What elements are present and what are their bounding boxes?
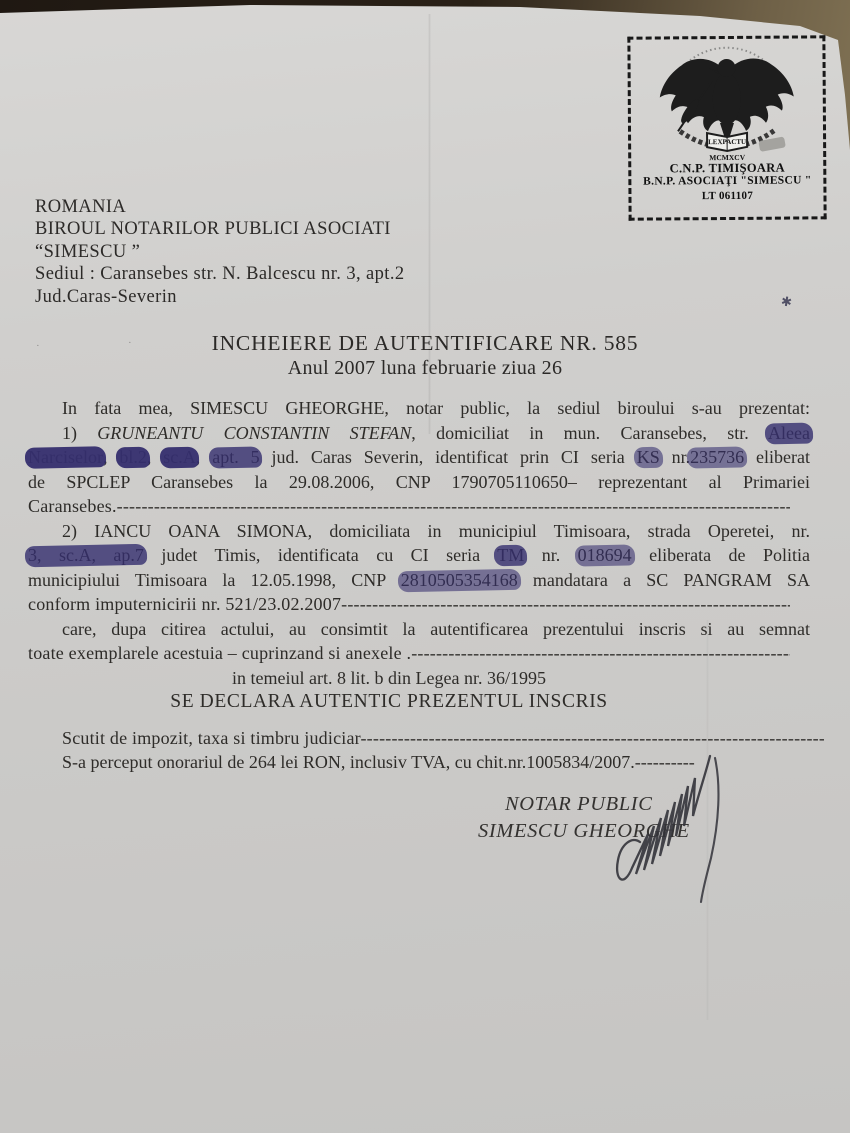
party1-number: 1) <box>62 423 97 443</box>
body-text: , domiciliat in mun. Caransebes, str. <box>411 423 768 443</box>
letterhead-county: Jud.Caras-Severin <box>35 286 405 308</box>
declaration-line: SE DECLARA AUTENTIC PREZENTUL INSCRIS <box>28 690 810 715</box>
body-line: 1) GRUNEANTU CONSTANTIN STEFAN, domicili… <box>28 421 810 446</box>
redacted-id-number2: 018694 <box>578 545 632 565</box>
legal-basis-line: in temeiul art. 8 lit. b din Legea nr. 3… <box>28 666 810 691</box>
redacted-entrance: sc.A <box>163 447 196 467</box>
redacted-street: Aleea <box>768 423 810 443</box>
body-line: care, dupa citirea actului, au consimtit… <box>28 617 810 642</box>
redacted-apartment: apt. 5 <box>212 447 259 467</box>
body-line: municipiului Timisoara la 12.05.1998, CN… <box>28 568 810 593</box>
redacted-block: bl.2 <box>119 447 147 467</box>
body-line: In fata mea, SIMESCU GHEORGHE, notar pub… <box>28 396 810 421</box>
body-line: 3, sc.A, ap.7 judet Timis, identificata … <box>28 543 810 568</box>
stamp-code-line: LT 061107 <box>631 189 823 203</box>
document-date-line: Anul 2007 luna februarie ziua 26 <box>0 357 850 380</box>
letterhead-office: BIROUL NOTARILOR PUBLICI ASOCIATI <box>35 218 405 240</box>
letterhead-country: ROMANIA <box>35 196 405 218</box>
stamp-name-line: B.N.P. ASOCIAŢI "SIMESCU " <box>631 175 823 190</box>
body-text: nr. <box>660 447 690 467</box>
redacted-street-name: Narciselor <box>28 447 103 467</box>
body-text: jud. Caras Severin, identificat prin CI … <box>260 447 637 467</box>
letterhead-address: Sediul : Caransebes str. N. Balcescu nr.… <box>35 263 405 285</box>
party1-name: GRUNEANTU CONSTANTIN STEFAN <box>97 423 411 443</box>
body-line-dashes: toate exemplarele acestuia – cuprinzand … <box>28 641 790 666</box>
handwritten-signature <box>598 752 743 912</box>
body-text: eliberata de Politia <box>632 545 810 565</box>
letterhead-office-name: “SIMESCU ” <box>35 241 405 263</box>
stamp-banner-text: LEXPACTU <box>708 138 746 146</box>
body-line: 2) IANCU OANA SIMONA, domiciliata in mun… <box>28 519 810 544</box>
spacer <box>28 715 810 726</box>
body-line-dashes: Caransebes.-----------------------------… <box>28 494 790 519</box>
body-line: Narciselor, bl.2, sc.A, apt. 5 jud. Cara… <box>28 445 810 470</box>
document-title: INCHEIERE DE AUTENTIFICARE NR. 585 <box>0 331 850 356</box>
stamp-office-line: C.N.P. TIMIŞOARA <box>631 160 823 176</box>
redacted-address2: 3, sc.A, ap.7 <box>28 545 144 565</box>
notary-stamp: LEXPACTU MCMXCV C.N.P. TIMIŞOARA B.N.P. … <box>627 35 826 220</box>
body-text: nr. <box>524 545 577 565</box>
body-text: judet Timis, identificata cu CI seria <box>144 545 497 565</box>
body-line-dashes: conform imputernicirii nr. 521/23.02.200… <box>28 592 790 617</box>
redacted-cnp2: 2810505354168 <box>401 570 518 590</box>
document-body: In fata mea, SIMESCU GHEORGHE, notar pub… <box>28 396 810 775</box>
body-text: eliberat <box>744 447 810 467</box>
scanned-notary-document: { "stamp": { "banner": "LEXPACTU", "year… <box>0 0 850 1133</box>
tax-line: Scutit de impozit, taxa si timbru judici… <box>28 726 824 751</box>
letterhead: ROMANIA BIROUL NOTARILOR PUBLICI ASOCIAT… <box>35 196 405 308</box>
redacted-id-series: KS <box>637 447 660 467</box>
body-text: mandatara a SC PANGRAM SA <box>518 570 810 590</box>
body-text: municipiului Timisoara la 12.05.1998, CN… <box>28 570 401 590</box>
ink-star-mark: ✱ <box>780 293 793 310</box>
redacted-id-number: 235736 <box>690 447 744 467</box>
redacted-id-series2: TM <box>497 545 524 565</box>
body-line: de SPCLEP Caransebes la 29.08.2006, CNP … <box>28 470 810 495</box>
